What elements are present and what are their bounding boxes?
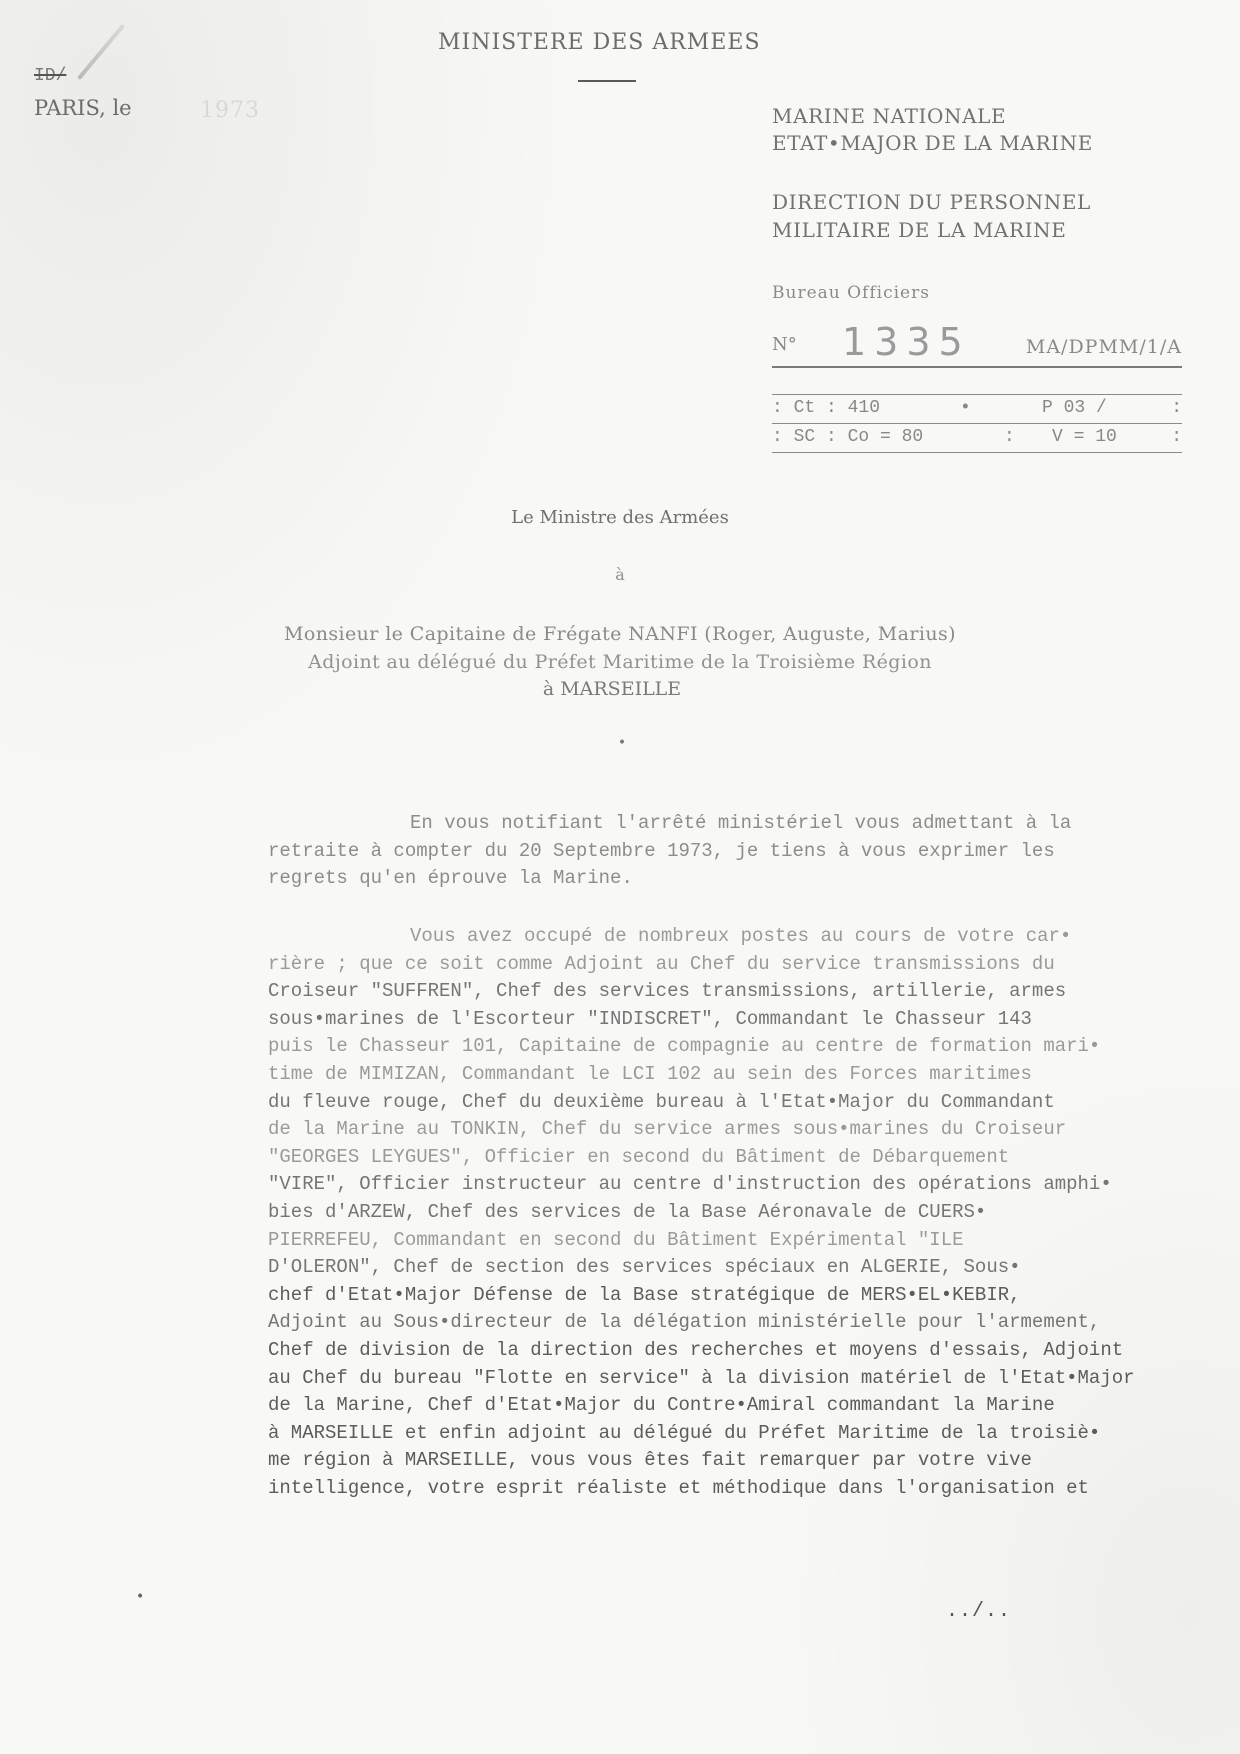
struck-initials: ID/: [34, 66, 66, 86]
classification-code-box: : Ct : 410 • P 03 / : : SC : Co = 80 : V…: [772, 394, 1182, 453]
body-paragraph-1: En vous notifiant l'arrêté ministériel v…: [268, 810, 1184, 893]
reference-code: MA/DPMM/1/A: [1026, 336, 1182, 358]
separator-mark: •: [2, 735, 1240, 751]
faded-date-stamp: 1973: [200, 98, 260, 123]
code-row-1: : Ct : 410 • P 03 / :: [772, 394, 1182, 423]
reference-number-row: N° 1335 MA/DPMM/1/A: [772, 320, 1182, 368]
document-page: MINISTERE DES ARMEES ID/ PARIS, le 1973 …: [0, 0, 1240, 1754]
address-preposition: à: [0, 565, 1240, 584]
ministry-heading: MINISTERE DES ARMEES: [438, 30, 761, 55]
place-date-label: PARIS, le: [34, 96, 132, 120]
body-paragraph-2: Vous avez occupé de nombreux postes au c…: [268, 923, 1184, 1502]
recipient-city: à MARSEILLE: [0, 678, 1232, 700]
heading-rule: [578, 80, 636, 82]
sender-title: Le Ministre des Armées: [0, 507, 1240, 528]
pen-mark: [77, 24, 125, 80]
recipient-name: Monsieur le Capitaine de Frégate NANFI (…: [0, 623, 1240, 645]
reference-label: N°: [772, 334, 797, 355]
reference-number: 1335: [842, 320, 971, 364]
sender-line-4: MILITAIRE DE LA MARINE: [772, 218, 1066, 242]
sender-line-3: DIRECTION DU PERSONNEL: [772, 190, 1091, 214]
code-row-2: : SC : Co = 80 : V = 10 :: [772, 423, 1182, 453]
recipient-position: Adjoint au délégué du Préfet Maritime de…: [0, 651, 1240, 673]
margin-mark: •: [136, 1589, 144, 1605]
sender-line-1: MARINE NATIONALE: [772, 104, 1006, 128]
sender-line-2: ETAT•MAJOR DE LA MARINE: [772, 131, 1093, 155]
continuation-mark: ../..: [946, 1600, 1011, 1623]
bureau-label: Bureau Officiers: [772, 283, 930, 303]
